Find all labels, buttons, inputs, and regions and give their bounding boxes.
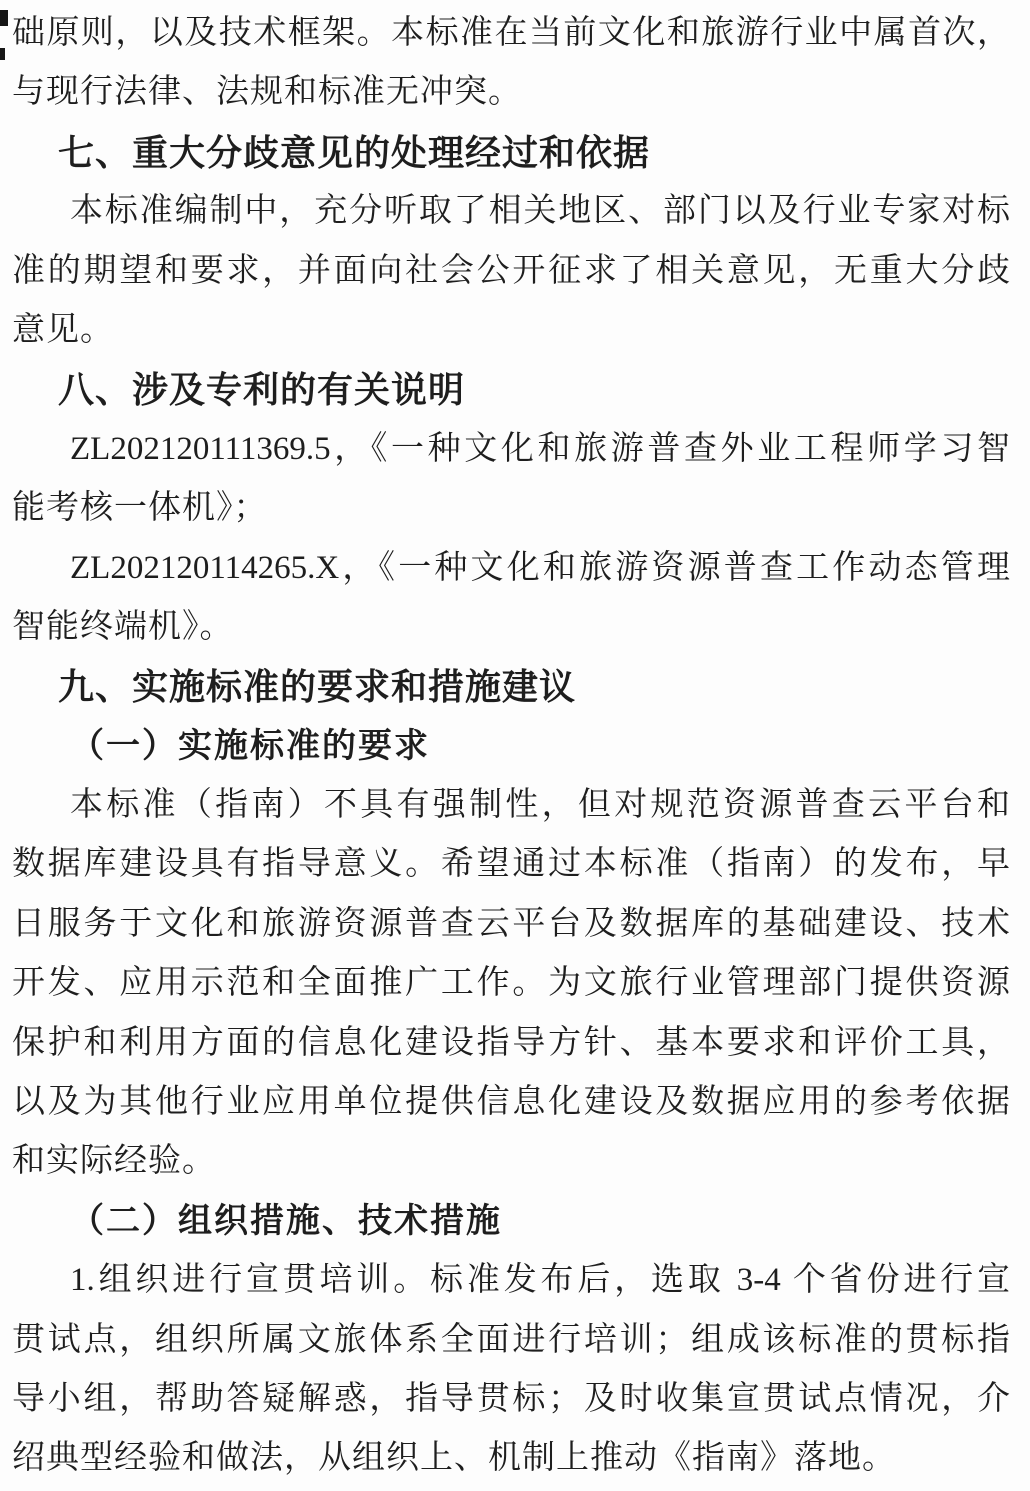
heading-line: 八、涉及专利的有关说明: [12, 360, 1010, 419]
body-line: 准的期望和要求，并面向社会公开征求了相关意见，无重大分歧: [12, 242, 1010, 301]
body-line: 日服务于文化和旅游资源普查云平台及数据库的基础建设、技术: [12, 895, 1010, 954]
heading-line: 七、重大分歧意见的处理经过和依据: [12, 123, 1010, 182]
body-line: 与现行法律、法规和标准无冲突。: [12, 63, 1010, 122]
body-line: 意见。: [12, 301, 1010, 360]
body-line: 和实际经验。: [12, 1132, 1010, 1191]
document-page: 础原则，以及技术框架。本标准在当前文化和旅游行业中属首次，与现行法律、法规和标准…: [0, 0, 1030, 1491]
scan-artifact: [0, 48, 5, 60]
scan-artifact: [0, 10, 8, 26]
body-line: 本标准编制中，充分听取了相关地区、部门以及行业专家对标: [12, 182, 1010, 241]
body-line: 础原则，以及技术框架。本标准在当前文化和旅游行业中属首次，: [12, 4, 1010, 63]
body-line: 绍典型经验和做法，从组织上、机制上推动《指南》落地。: [12, 1429, 1010, 1488]
body-line: 保护和利用方面的信息化建设指导方针、基本要求和评价工具，: [12, 1014, 1010, 1073]
body-line: 开发、应用示范和全面推广工作。为文旅行业管理部门提供资源: [12, 954, 1010, 1013]
body-line: ZL202120114265.X，《一种文化和旅游资源普查工作动态管理: [12, 539, 1010, 598]
body-line: 1.组织进行宣贯培训。标准发布后，选取 3-4 个省份进行宣: [12, 1251, 1010, 1310]
heading-line: 九、实施标准的要求和措施建议: [12, 657, 1010, 716]
body-line: 智能终端机》。: [12, 598, 1010, 657]
body-line: 能考核一体机》；: [12, 479, 1010, 538]
subheading-line: （二）组织措施、技术措施: [12, 1192, 1010, 1251]
body-line: 以及为其他行业应用单位提供信息化建设及数据应用的参考依据: [12, 1073, 1010, 1132]
body-line: 贯试点，组织所属文旅体系全面进行培训；组成该标准的贯标指: [12, 1311, 1010, 1370]
body-line: 数据库建设具有指导意义。希望通过本标准（指南）的发布，早: [12, 835, 1010, 894]
subheading-line: （一）实施标准的要求: [12, 717, 1010, 776]
body-line: 本标准（指南）不具有强制性，但对规范资源普查云平台和: [12, 776, 1010, 835]
body-line: ZL202120111369.5，《一种文化和旅游普查外业工程师学习智: [12, 420, 1010, 479]
document-text-block: 础原则，以及技术框架。本标准在当前文化和旅游行业中属首次，与现行法律、法规和标准…: [12, 4, 1010, 1489]
body-line: 导小组，帮助答疑解惑，指导贯标；及时收集宣贯试点情况，介: [12, 1370, 1010, 1429]
